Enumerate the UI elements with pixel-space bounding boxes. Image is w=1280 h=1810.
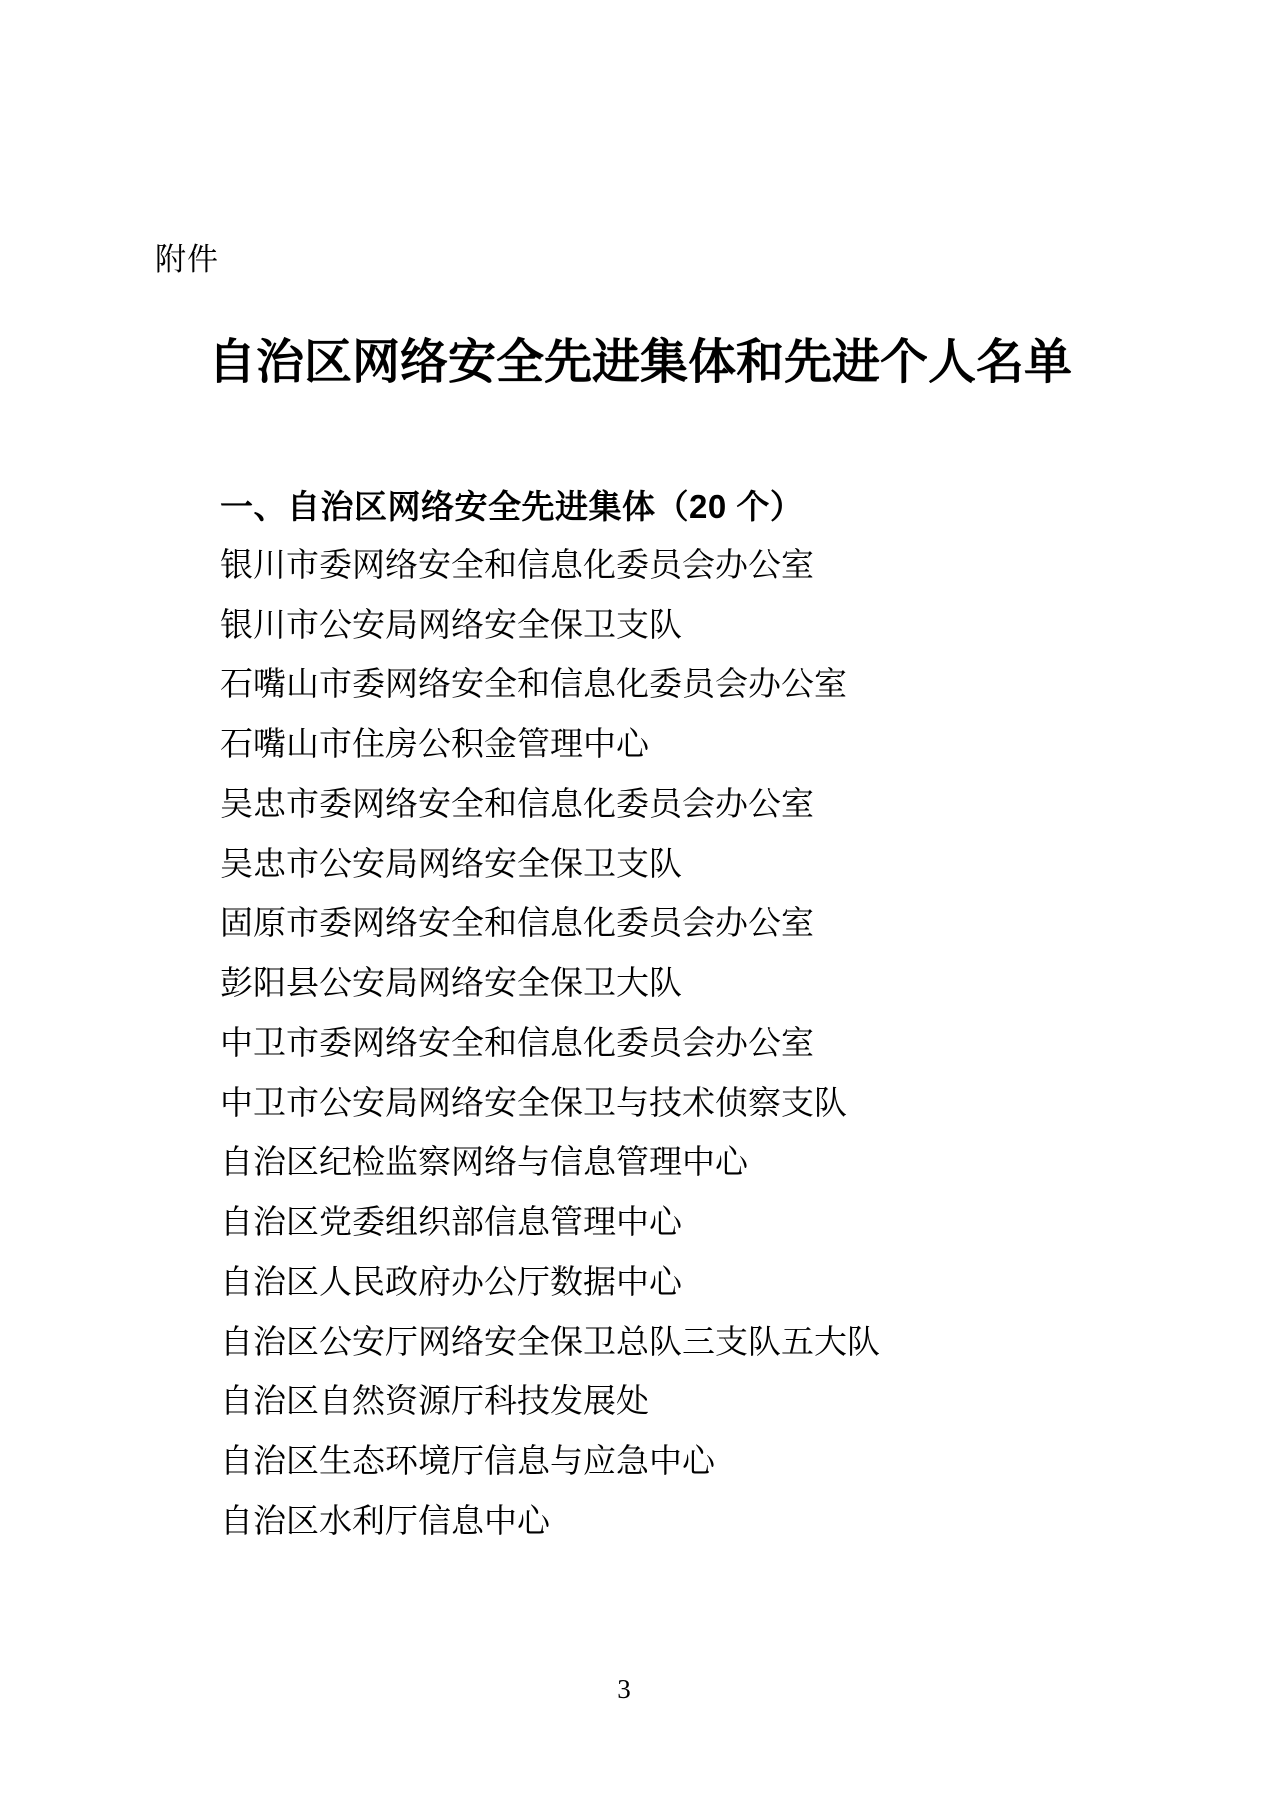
list-item: 银川市公安局网络安全保卫支队 <box>220 597 1280 657</box>
section-heading: 一、自治区网络安全先进集体（20 个） <box>220 477 1280 537</box>
list-item: 石嘴山市委网络安全和信息化委员会办公室 <box>220 656 1280 716</box>
list-item: 彭阳县公安局网络安全保卫大队 <box>220 955 1280 1015</box>
document-page: 附件 自治区网络安全先进集体和先进个人名单 一、自治区网络安全先进集体（20 个… <box>0 0 1280 1810</box>
list-item: 吴忠市公安局网络安全保卫支队 <box>220 836 1280 896</box>
document-title: 自治区网络安全先进集体和先进个人名单 <box>0 334 1280 392</box>
collective-list: 银川市委网络安全和信息化委员会办公室 银川市公安局网络安全保卫支队 石嘴山市委网… <box>220 537 1280 1553</box>
list-item: 自治区水利厅信息中心 <box>220 1493 1280 1553</box>
list-item: 自治区公安厅网络安全保卫总队三支队五大队 <box>220 1314 1280 1374</box>
list-item: 自治区纪检监察网络与信息管理中心 <box>220 1134 1280 1194</box>
list-item: 自治区生态环境厅信息与应急中心 <box>220 1433 1280 1493</box>
list-item: 自治区党委组织部信息管理中心 <box>220 1194 1280 1254</box>
list-item: 固原市委网络安全和信息化委员会办公室 <box>220 895 1280 955</box>
content-block: 一、自治区网络安全先进集体（20 个） 银川市委网络安全和信息化委员会办公室 银… <box>220 477 1280 1553</box>
list-item: 自治区自然资源厅科技发展处 <box>220 1373 1280 1433</box>
list-item: 银川市委网络安全和信息化委员会办公室 <box>220 537 1280 597</box>
list-item: 吴忠市委网络安全和信息化委员会办公室 <box>220 776 1280 836</box>
list-item: 中卫市委网络安全和信息化委员会办公室 <box>220 1015 1280 1075</box>
list-item: 石嘴山市住房公积金管理中心 <box>220 716 1280 776</box>
list-item: 自治区人民政府办公厅数据中心 <box>220 1254 1280 1314</box>
page-number: 3 <box>0 1674 1248 1705</box>
attachment-label: 附件 <box>155 234 219 279</box>
list-item: 中卫市公安局网络安全保卫与技术侦察支队 <box>220 1075 1280 1135</box>
